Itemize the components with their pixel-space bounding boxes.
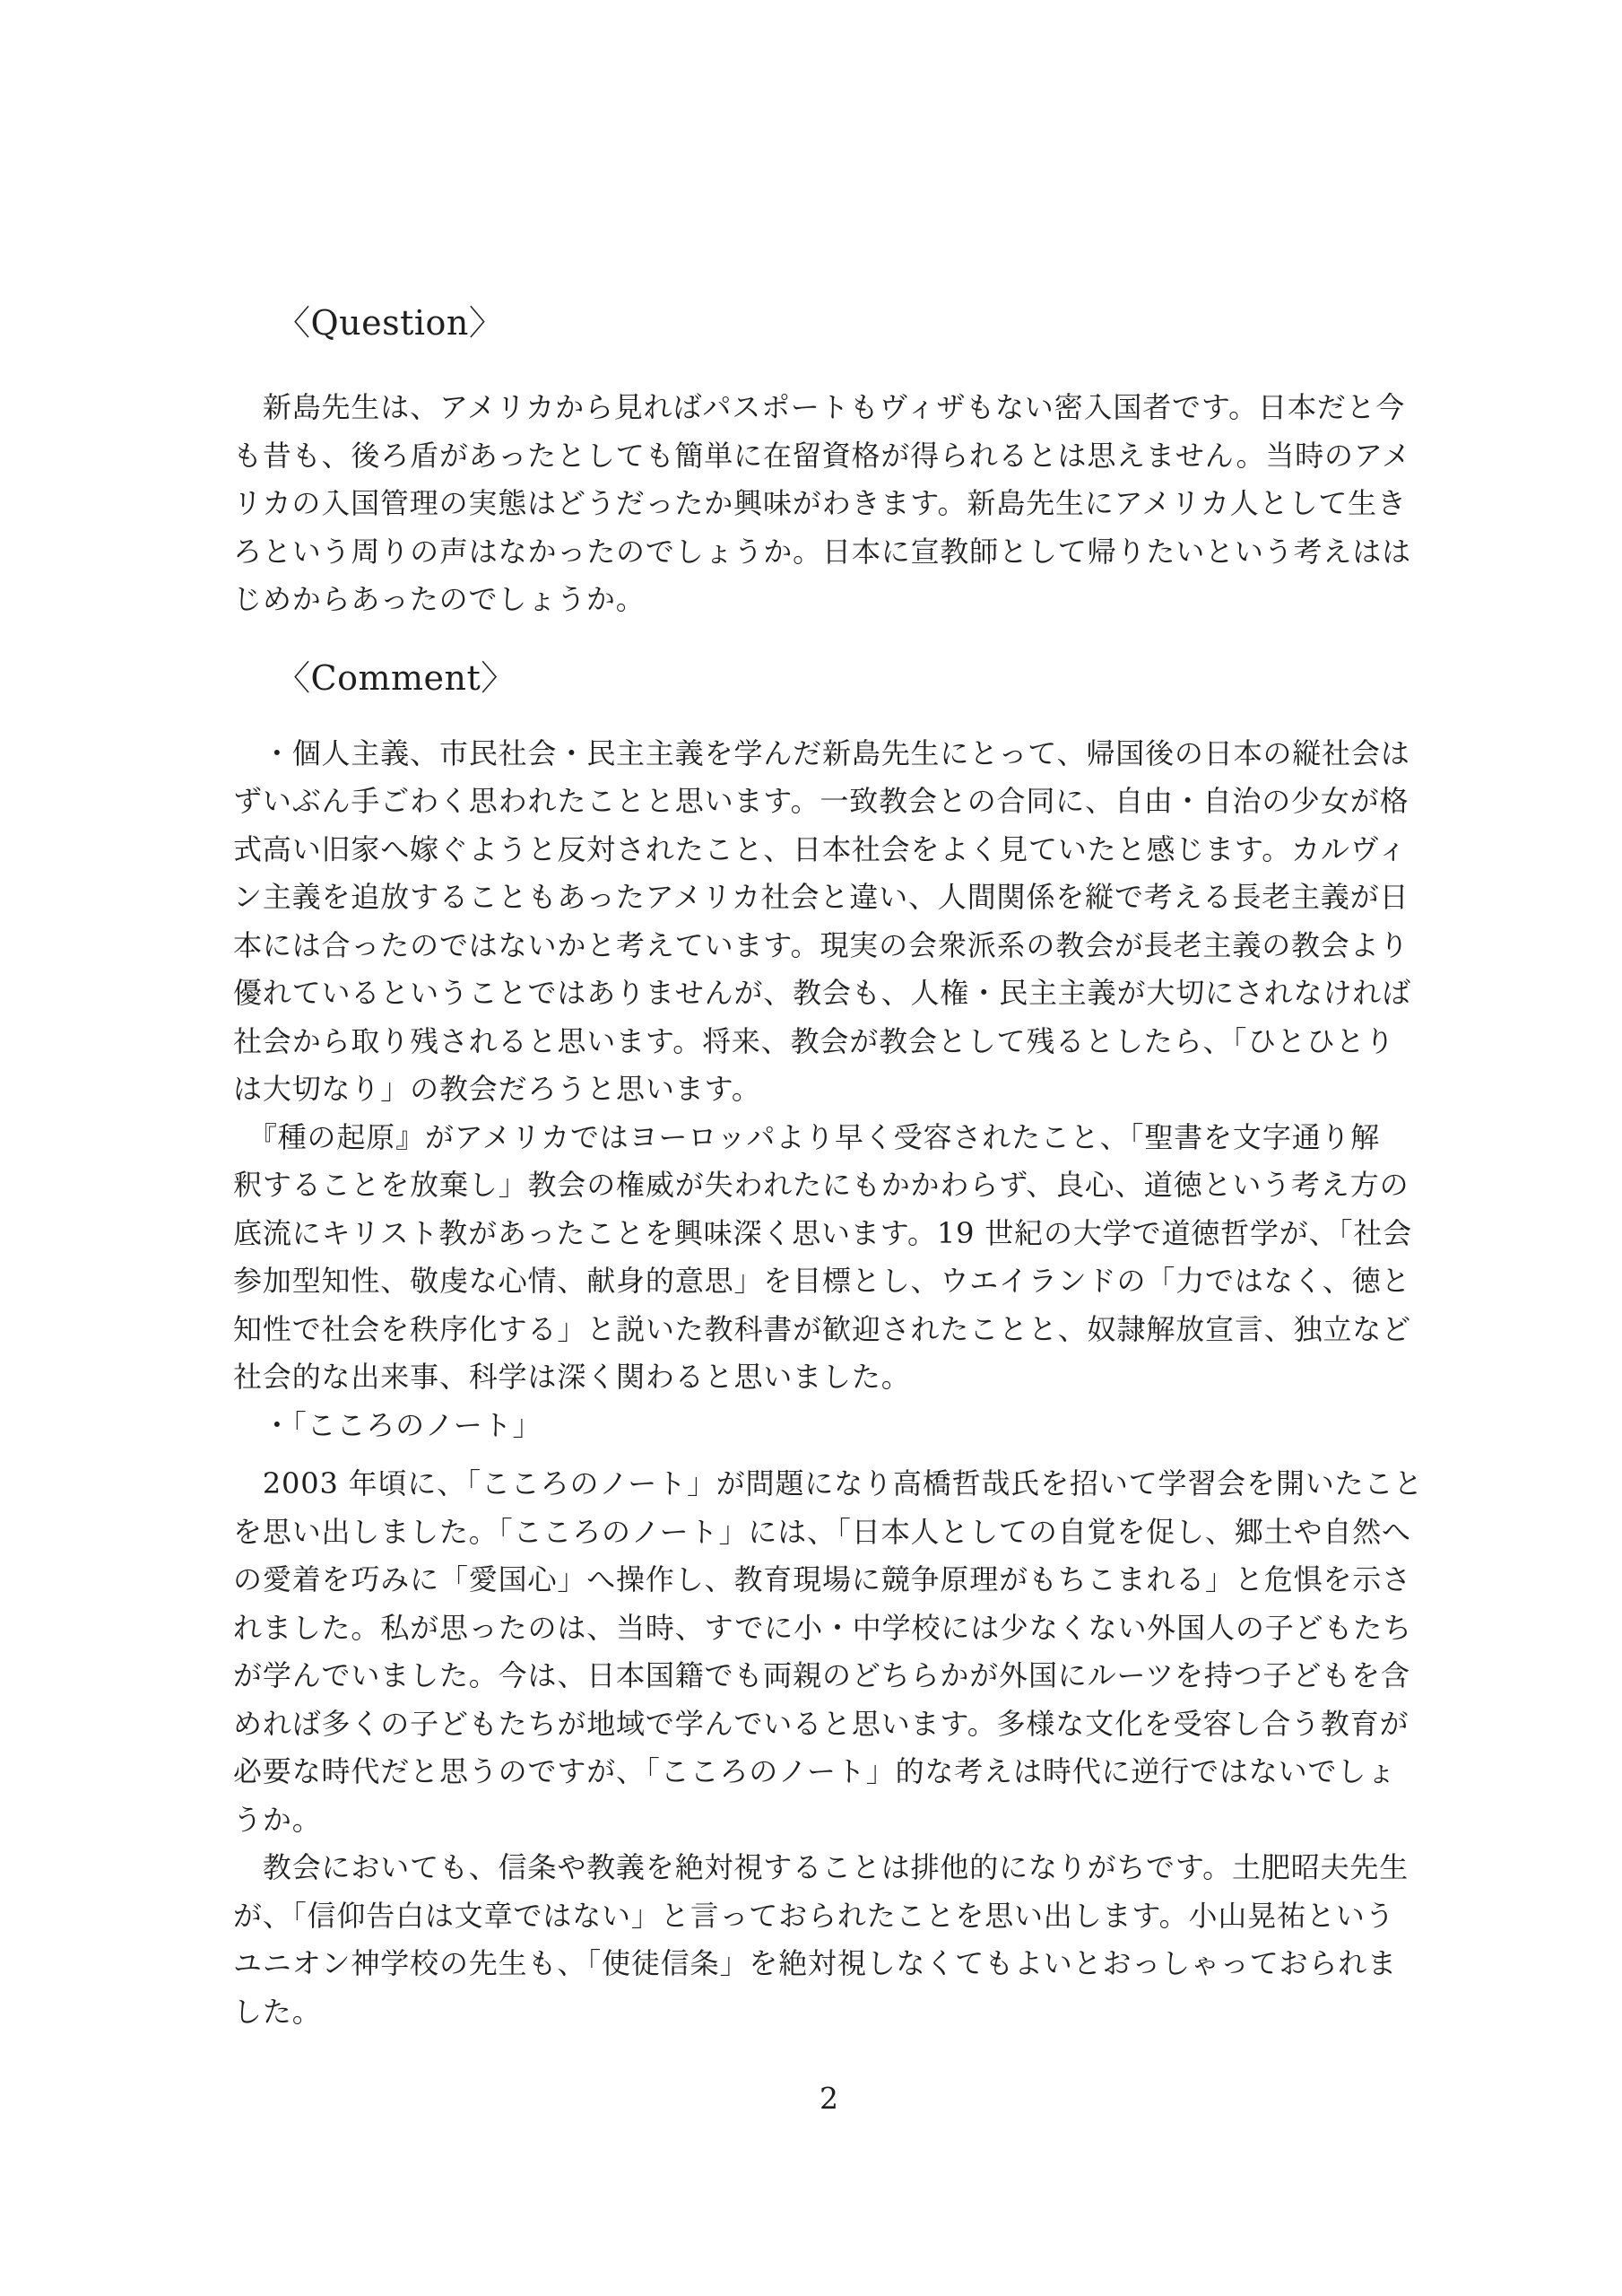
text-line: うか。 — [233, 1796, 1425, 1845]
text-line: リカの入国管理の実態はどうだったか興味がわきます。新島先生にアメリカ人として生き — [233, 480, 1425, 528]
text-line: ・個人主義、市民社会・民主主義を学んだ新島先生にとって、帰国後の日本の縦社会は — [233, 730, 1425, 778]
comment-heading: 〈Comment〉 — [276, 651, 1425, 705]
text-line: 釈することを放棄し」教会の権威が失われたにもかかわらず、良心、道徳という考え方の — [233, 1161, 1425, 1210]
text-line: した。 — [233, 1988, 1425, 2037]
text-line: 知性で社会を秩序化する」と説いた教科書が歓迎されたことと、奴隷解放宣言、独立など — [233, 1306, 1425, 1354]
text-line: じめからあったのでしょうか。 — [233, 576, 1425, 624]
text-line: ・「こころのノート」 — [233, 1402, 1425, 1450]
text-line: 式高い旧家へ嫁ぐようと反対されたこと、日本社会をよく見ていたと感じます。カルヴィ — [233, 826, 1425, 874]
text-line: を思い出しました。「こころのノート」には、「日本人としての自覚を促し、郷土や自然… — [233, 1509, 1425, 1557]
text-line: 社会的な出来事、科学は深く関わると思いました。 — [233, 1353, 1425, 1402]
text-line: 社会から取り残されると思います。将来、教会が教会として残るとしたら、「ひとひとり — [233, 1018, 1425, 1066]
text-line: が、「信仰告白は文章ではない」と言っておられたことを思い出します。小山晃祐という — [233, 1892, 1425, 1941]
text-line: 本には合ったのではないかと考えています。現実の会衆派系の教会が長老主義の教会より — [233, 922, 1425, 970]
text-line: 『種の起原』がアメリカではヨーロッパより早く受容されたこと、「聖書を文字通り解 — [233, 1114, 1425, 1162]
text-line: ずいぶん手ごわく思われたことと思います。一致教会との合同に、自由・自治の少女が格 — [233, 778, 1425, 826]
text-line: 参加型知性、敬虔な心情、献身的意思」を目標とし、ウエイランドの「力ではなく、徳と — [233, 1257, 1425, 1306]
text-line: 必要な時代だと思うのですが、「こころのノート」的な考えは時代に逆行ではないでしょ — [233, 1748, 1425, 1796]
text-line: が学んでいました。今は、日本国籍でも両親のどちらかが外国にルーツを持つ子どもを含 — [233, 1652, 1425, 1700]
text-line: 新島先生は、アメリカから見ればパスポートもヴィザもない密入国者です。日本だと今 — [233, 384, 1425, 432]
comment-paragraph-4: 教会においても、信条や教義を絶対視することは排他的になりがちです。土肥昭夫先生が… — [233, 1844, 1425, 2036]
comment-paragraph-2: 『種の起原』がアメリカではヨーロッパより早く受容されたこと、「聖書を文字通り解釈… — [233, 1114, 1425, 1402]
text-line: れました。私が思ったのは、当時、すでに小・中学校には少なくない外国人の子どもたち — [233, 1605, 1425, 1653]
comment-paragraph-3: 2003 年頃に、「こころのノート」が問題になり高橋哲哉氏を招いて学習会を開いた… — [233, 1460, 1425, 1844]
text-line: ン主義を追放することもあったアメリカ社会と違い、人間関係を縦で考える長老主義が日 — [233, 874, 1425, 922]
text-line: 教会においても、信条や教義を絶対視することは排他的になりがちです。土肥昭夫先生 — [233, 1844, 1425, 1892]
text-line: の愛着を巧みに「愛国心」へ操作し、教育現場に競争原理がもちこまれる」と危惧を示さ — [233, 1556, 1425, 1605]
text-line: 底流にキリスト教があったことを興味深く思います。19 世紀の大学で道徳哲学が、「… — [233, 1210, 1425, 1258]
text-line: 優れているということではありませんが、教会も、人権・民主主義が大切にされなければ — [233, 970, 1425, 1018]
document-page: 〈Question〉 新島先生は、アメリカから見ればパスポートもヴィザもない密入… — [0, 0, 1622, 2296]
text-line: めれば多くの子どもたちが地域で学んでいると思います。多様な文化を受容し合う教育が — [233, 1700, 1425, 1749]
question-paragraph: 新島先生は、アメリカから見ればパスポートもヴィザもない密入国者です。日本だと今も… — [233, 384, 1425, 624]
question-heading: 〈Question〉 — [276, 296, 1425, 350]
text-line: 2003 年頃に、「こころのノート」が問題になり高橋哲哉氏を招いて学習会を開いた… — [233, 1460, 1425, 1509]
comment-paragraph-1: ・個人主義、市民社会・民主主義を学んだ新島先生にとって、帰国後の日本の縦社会はず… — [233, 730, 1425, 1114]
text-line: も昔も、後ろ盾があったとしても簡単に在留資格が得られるとは思えません。当時のアメ — [233, 432, 1425, 481]
text-line: は大切なり」の教会だろうと思います。 — [233, 1065, 1425, 1114]
comment-bullet-kokoro-note: ・「こころのノート」 — [233, 1402, 1425, 1450]
page-number: 2 — [233, 2079, 1425, 2118]
text-line: ユニオン神学校の先生も、「使徒信条」を絶対視しなくてもよいとおっしゃっておられま — [233, 1940, 1425, 1988]
text-line: ろという周りの声はなかったのでしょうか。日本に宣教師として帰りたいという考えはは — [233, 528, 1425, 577]
